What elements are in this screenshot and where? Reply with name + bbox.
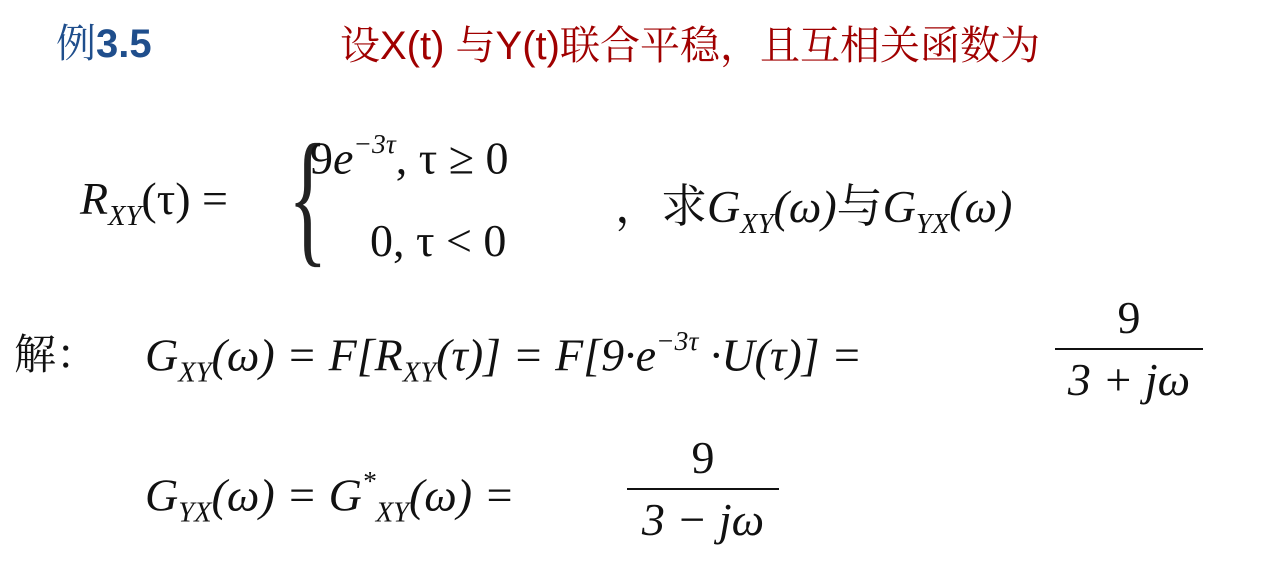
comma: ， — [615, 181, 661, 232]
conjugate-argument: (ω) = — [409, 470, 515, 521]
gxy-symbol: G — [145, 330, 178, 381]
g2-subscript: YX — [916, 209, 949, 240]
and-word: 与 — [837, 181, 883, 232]
example-number: 3.5 — [96, 22, 152, 66]
r-argument: (τ) = — [141, 173, 228, 224]
solution-label: 解： — [14, 322, 98, 382]
g2-symbol: G — [883, 181, 916, 232]
fourier-2: F[9· — [555, 330, 636, 381]
fourier-1: F[ — [329, 330, 375, 381]
fraction-gyx: 9 3 − jω — [627, 430, 779, 548]
problem-statement: 设X(t) 与Y(t)联合平稳，且互相关函数为 — [340, 14, 1040, 71]
conjugate-symbol: G — [329, 470, 362, 521]
fraction-denominator: 3 + jω — [1055, 352, 1203, 408]
rxy-argument: (τ)] = — [436, 330, 555, 381]
case1-coef: 9 — [310, 133, 333, 184]
conjugate-subscript: XY — [376, 498, 409, 529]
g1-argument: (ω) — [774, 181, 837, 232]
fraction-gxy: 9 3 + jω — [1055, 290, 1203, 408]
gyx-subscript: YX — [178, 498, 211, 529]
case1-exponent: −3τ — [353, 128, 395, 159]
rxy-subscript: XY — [403, 358, 436, 389]
r-symbol: R — [80, 173, 108, 224]
g1-subscript: XY — [740, 209, 773, 240]
r-subscript: XY — [108, 201, 141, 232]
exp-exponent: −3τ — [656, 325, 698, 356]
gyx-symbol: G — [145, 470, 178, 521]
rxy-symbol: R — [375, 330, 403, 381]
example-title: 例3.5 — [56, 12, 152, 69]
case-negative: 0, τ < 0 — [370, 214, 506, 267]
fraction-denominator: 3 − jω — [627, 492, 779, 548]
fraction-bar — [627, 488, 779, 490]
g2-argument: (ω) — [949, 181, 1012, 232]
fraction-numerator: 9 — [1055, 290, 1203, 346]
definition-lhs: RXY(τ) = — [80, 172, 228, 233]
gxy-subscript: XY — [178, 358, 211, 389]
case1-condition: , τ ≥ 0 — [396, 133, 509, 184]
equation-gxy: GXY(ω) = F[RXY(τ)] = F[9·e−3τ ·U(τ)] = — [145, 325, 862, 390]
step-function: ·U(τ)] = — [698, 330, 862, 381]
gyx-argument: (ω) = — [212, 470, 329, 521]
exp-base: e — [636, 330, 656, 381]
fraction-bar — [1055, 348, 1203, 350]
g1-symbol: G — [707, 181, 740, 232]
conjugate-star: * — [362, 465, 376, 496]
case-positive: 9e−3τ, τ ≥ 0 — [310, 128, 508, 185]
case1-base: e — [333, 133, 353, 184]
question: ，求GXY(ω)与GYX(ω) — [615, 170, 1012, 241]
example-prefix: 例 — [56, 22, 96, 66]
gxy-argument: (ω) = — [212, 330, 329, 381]
equation-gyx: GYX(ω) = G*XY(ω) = — [145, 465, 515, 530]
fraction-numerator: 9 — [627, 430, 779, 486]
ask-verb: 求 — [661, 181, 707, 232]
